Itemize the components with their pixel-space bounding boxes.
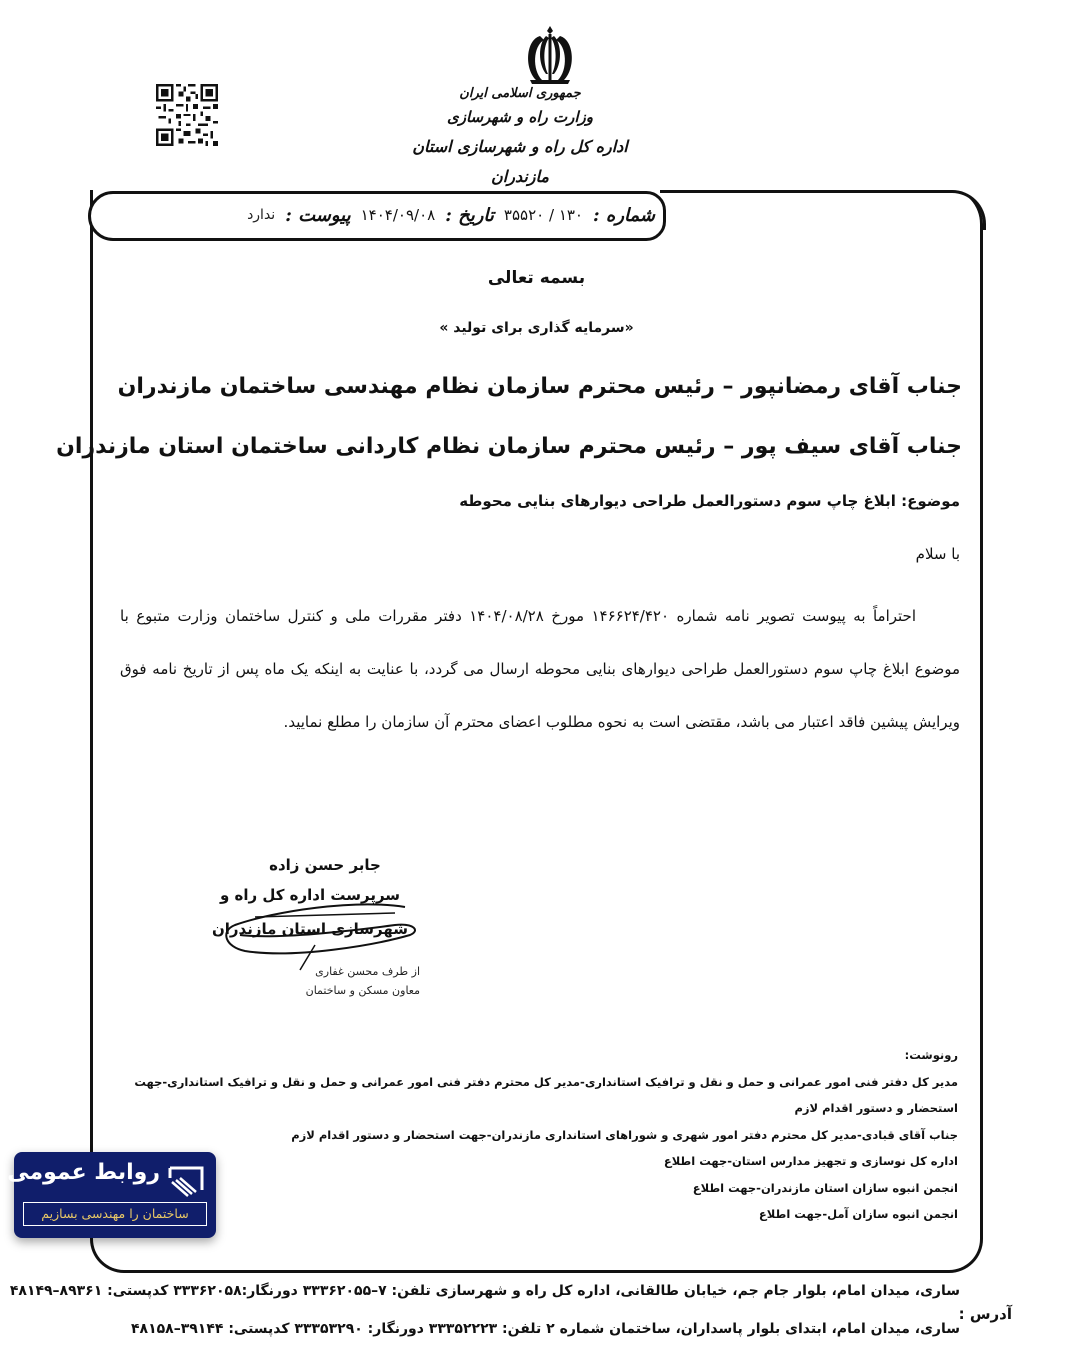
letter-body-text: احتراماً به پیوست تصویر نامه شماره ۱۴۶۶۲… bbox=[120, 607, 960, 731]
subject-line: موضوع: ابلاغ چاپ سوم دستورالعمل طراحی دی… bbox=[459, 492, 960, 510]
cc-list: رونوشت: مدیر کل دفتر فنی امور عمرانی و ح… bbox=[108, 1042, 958, 1228]
cc-item: مدیر کل دفتر فنی امور عمرانی و حمل و نقل… bbox=[108, 1069, 958, 1122]
on-behalf-line-2: معاون مسکن و ساختمان bbox=[290, 981, 420, 1000]
motto: «سرمایه گذاری برای تولید » bbox=[90, 320, 983, 336]
address-label: آدرس : bbox=[959, 1305, 1012, 1323]
letterhead-country: جمهوری اسلامی ایران bbox=[400, 84, 640, 104]
addressee-2: جناب آقای سیف پور – رئیس محترم سازمان نظ… bbox=[56, 434, 962, 459]
iran-emblem-icon bbox=[512, 24, 588, 88]
letter-frame-top bbox=[660, 190, 986, 230]
attachment-label: پیوست : bbox=[285, 205, 350, 226]
on-behalf-note: از طرف محسن غفاری معاون مسکن و ساختمان bbox=[290, 962, 420, 1000]
on-behalf-line-1: از طرف محسن غفاری bbox=[290, 962, 420, 981]
address-line-2: ساری، میدان امام، ابتدای بلوار پاسداران،… bbox=[131, 1321, 960, 1337]
letterhead-ministry: وزارت راه و شهرسازی bbox=[400, 104, 640, 130]
date-value: ۱۴۰۴/۰۹/۰۸ bbox=[361, 206, 436, 224]
letter-body: احتراماً به پیوست تصویر نامه شماره ۱۴۶۶۲… bbox=[120, 590, 960, 749]
letter-meta: شماره : ۱۳۰ / ۳۵۵۲۰ تاریخ : ۱۴۰۴/۰۹/۰۸ پ… bbox=[110, 196, 655, 234]
cc-item: اداره کل نوسازی و تجهیز مدارس استان-جهت … bbox=[108, 1148, 958, 1175]
date-label: تاریخ : bbox=[445, 205, 494, 226]
greeting: با سلام bbox=[916, 545, 960, 563]
cc-item: انجمن انبوه سازان استان مازندران-جهت اطل… bbox=[108, 1175, 958, 1202]
badge-subtitle: ساختمان را مهندسی بسازیم bbox=[23, 1202, 207, 1226]
invocation: بسمه تعالی bbox=[90, 268, 983, 288]
qr-code-icon bbox=[156, 84, 218, 146]
badge-title: روابط عمومی bbox=[7, 1160, 160, 1185]
letterhead-text: جمهوری اسلامی ایران وزارت راه و شهرسازی … bbox=[400, 84, 640, 192]
handshake-icon bbox=[166, 1164, 206, 1200]
attachment-value: ندارد bbox=[247, 207, 275, 223]
cc-item: جناب آقای قبادی-مدیر کل محترم دفتر امور … bbox=[108, 1122, 958, 1149]
signer-name: جابر حسن زاده bbox=[210, 852, 410, 878]
address-line-1: ساری، میدان امام، بلوار جام جم، خیابان ط… bbox=[10, 1283, 960, 1299]
addressee-1: جناب آقای رمضانپور – رئیس محترم سازمان ن… bbox=[118, 374, 962, 399]
cc-item: انجمن انبوه سازان آمل-جهت اطلاع bbox=[108, 1201, 958, 1228]
cc-heading: رونوشت: bbox=[108, 1042, 958, 1069]
public-relations-badge: روابط عمومی ساختمان را مهندسی بسازیم bbox=[14, 1152, 216, 1238]
number-value: ۱۳۰ / ۳۵۵۲۰ bbox=[504, 206, 583, 224]
number-label: شماره : bbox=[593, 205, 655, 226]
letterhead-office: اداره کل راه و شهرسازی استان مازندران bbox=[400, 132, 640, 192]
